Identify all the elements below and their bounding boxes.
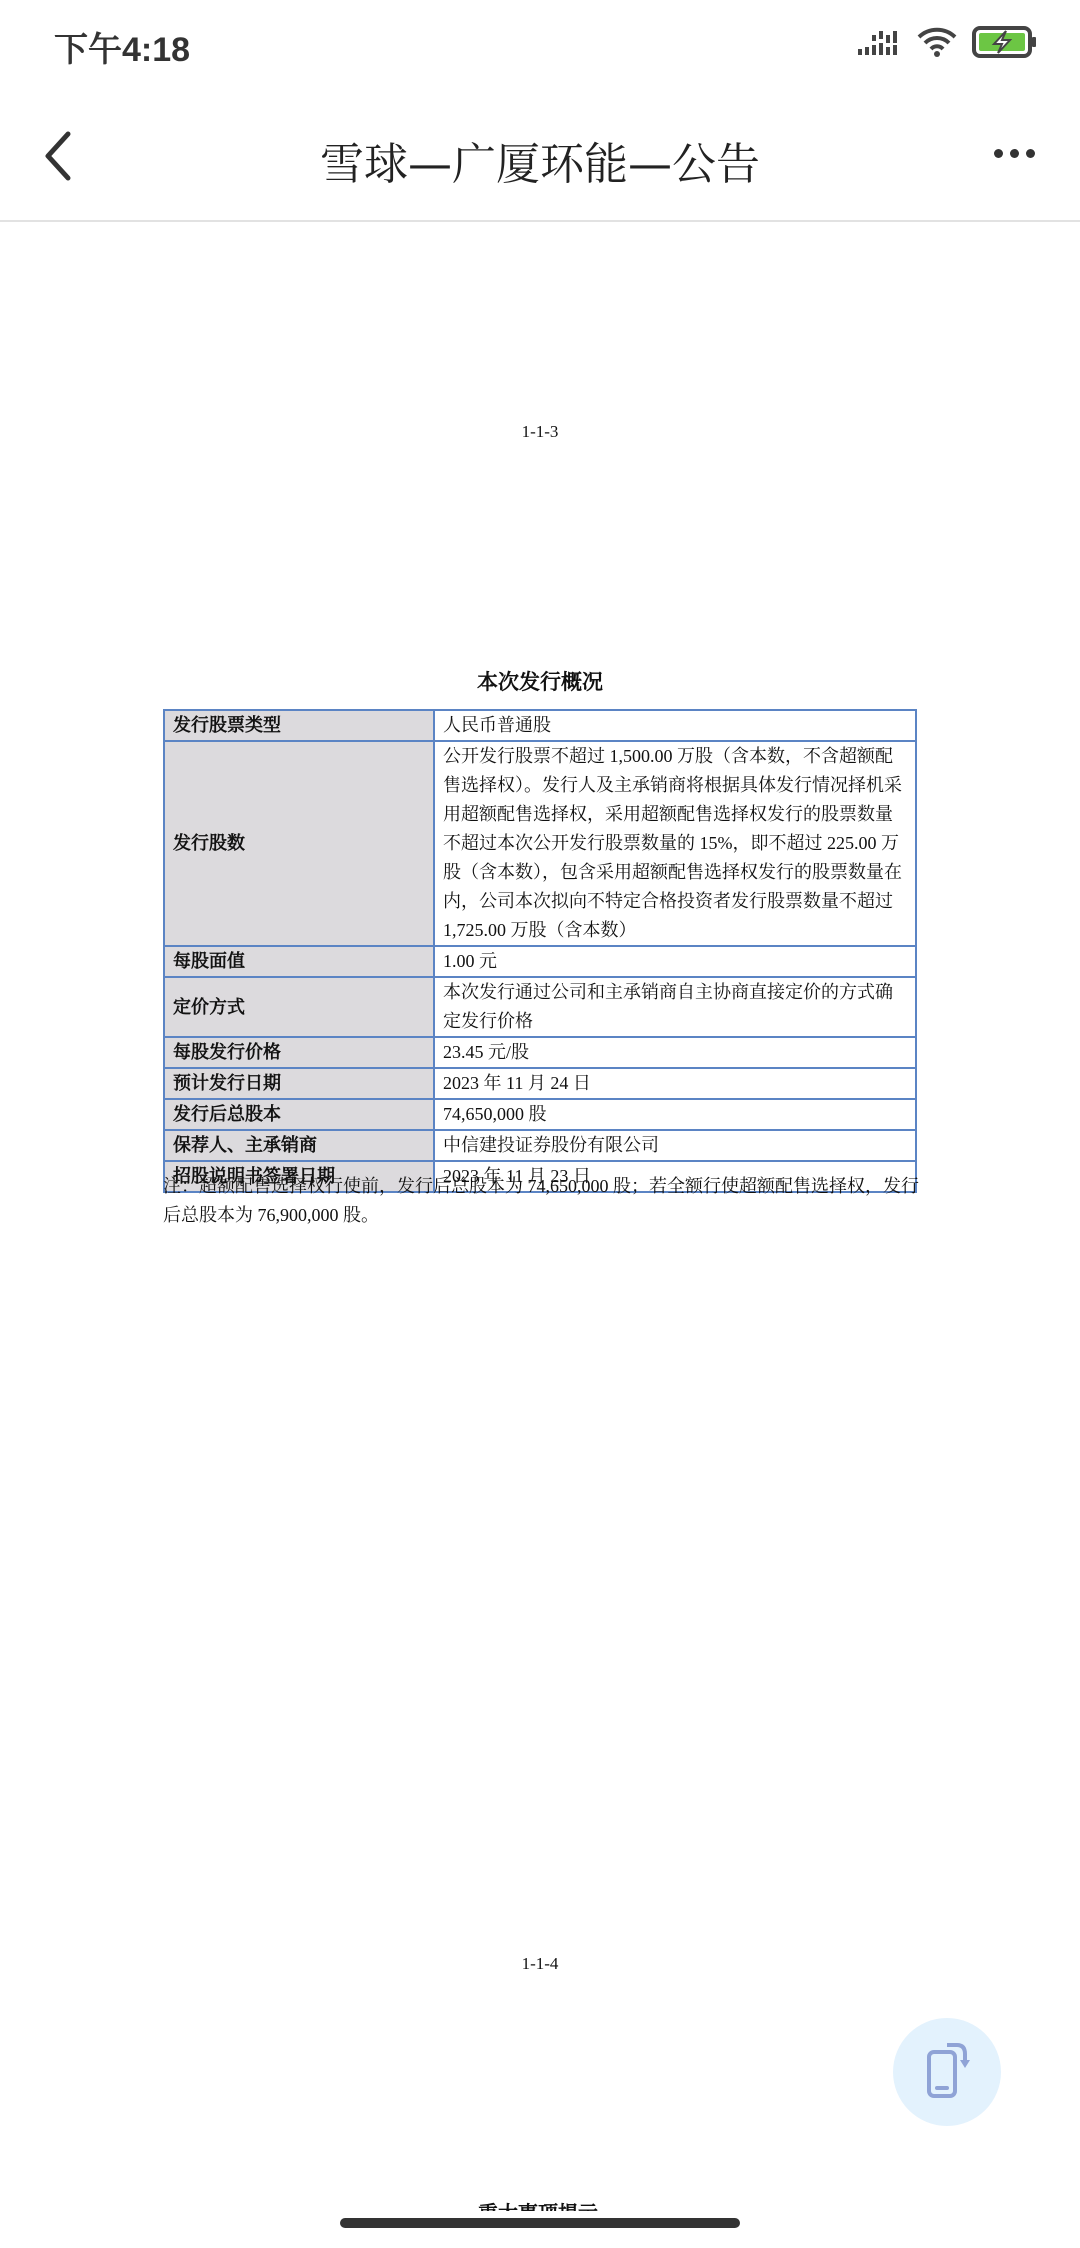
row-key: 发行股数 [164, 741, 434, 946]
nav-bar: 雪球—广厦环能—公告 [0, 90, 1080, 222]
rotate-screen-icon [919, 2040, 975, 2104]
table-row: 发行后总股本 74,650,000 股 [164, 1099, 916, 1130]
row-key: 发行股票类型 [164, 710, 434, 741]
row-value: 公开发行股票不超过 1,500.00 万股（含本数，不含超额配售选择权）。发行人… [434, 741, 916, 946]
table-row: 发行股数 公开发行股票不超过 1,500.00 万股（含本数，不含超额配售选择权… [164, 741, 916, 946]
rotate-screen-button[interactable] [893, 2018, 1001, 2126]
status-time: 下午4:18 [54, 22, 190, 71]
more-dot [1026, 149, 1035, 158]
page-number-top: 1-1-3 [0, 422, 1080, 442]
table-row: 每股面值 1.00 元 [164, 946, 916, 977]
row-value: 74,650,000 股 [434, 1099, 916, 1130]
row-key: 发行后总股本 [164, 1099, 434, 1130]
section-title: 本次发行概况 [0, 666, 1080, 696]
more-horizontal-icon [994, 149, 1003, 158]
page-number-bottom: 1-1-4 [0, 1954, 1080, 1974]
issue-overview-table: 发行股票类型 人民币普通股 发行股数 公开发行股票不超过 1,500.00 万股… [163, 709, 917, 1193]
home-indicator[interactable] [340, 2218, 740, 2228]
row-value: 本次发行通过公司和主承销商自主协商直接定价的方式确定发行价格 [434, 977, 916, 1037]
next-section-title: 重大事项提示 [478, 2197, 598, 2211]
more-button[interactable] [994, 138, 1044, 168]
document-viewer[interactable]: 1-1-3 本次发行概况 发行股票类型 人民币普通股 发行股数 公开发行股票不超… [0, 222, 1080, 2248]
row-key: 定价方式 [164, 977, 434, 1037]
table-row: 定价方式 本次发行通过公司和主承销商自主协商直接定价的方式确定发行价格 [164, 977, 916, 1037]
table-note: 注：超额配售选择权行使前，发行后总股本为 74,650,000 股；若全额行使超… [163, 1172, 923, 1230]
signal-icon [858, 27, 902, 61]
wifi-icon [916, 26, 958, 62]
row-key: 每股面值 [164, 946, 434, 977]
page-title: 雪球—广厦环能—公告 [0, 128, 1080, 192]
table-row: 保荐人、主承销商 中信建投证券股份有限公司 [164, 1130, 916, 1161]
table-row: 每股发行价格 23.45 元/股 [164, 1037, 916, 1068]
row-value: 中信建投证券股份有限公司 [434, 1130, 916, 1161]
status-bar: 下午4:18 [0, 0, 1080, 90]
table-row: 预计发行日期 2023 年 11 月 24 日 [164, 1068, 916, 1099]
status-icons [858, 26, 1038, 62]
table-row: 发行股票类型 人民币普通股 [164, 710, 916, 741]
row-value: 23.45 元/股 [434, 1037, 916, 1068]
row-key: 预计发行日期 [164, 1068, 434, 1099]
row-value: 1.00 元 [434, 946, 916, 977]
row-value: 人民币普通股 [434, 710, 916, 741]
row-key: 每股发行价格 [164, 1037, 434, 1068]
more-dot [1010, 149, 1019, 158]
battery-charging-icon [972, 26, 1038, 62]
row-value: 2023 年 11 月 24 日 [434, 1068, 916, 1099]
row-key: 保荐人、主承销商 [164, 1130, 434, 1161]
